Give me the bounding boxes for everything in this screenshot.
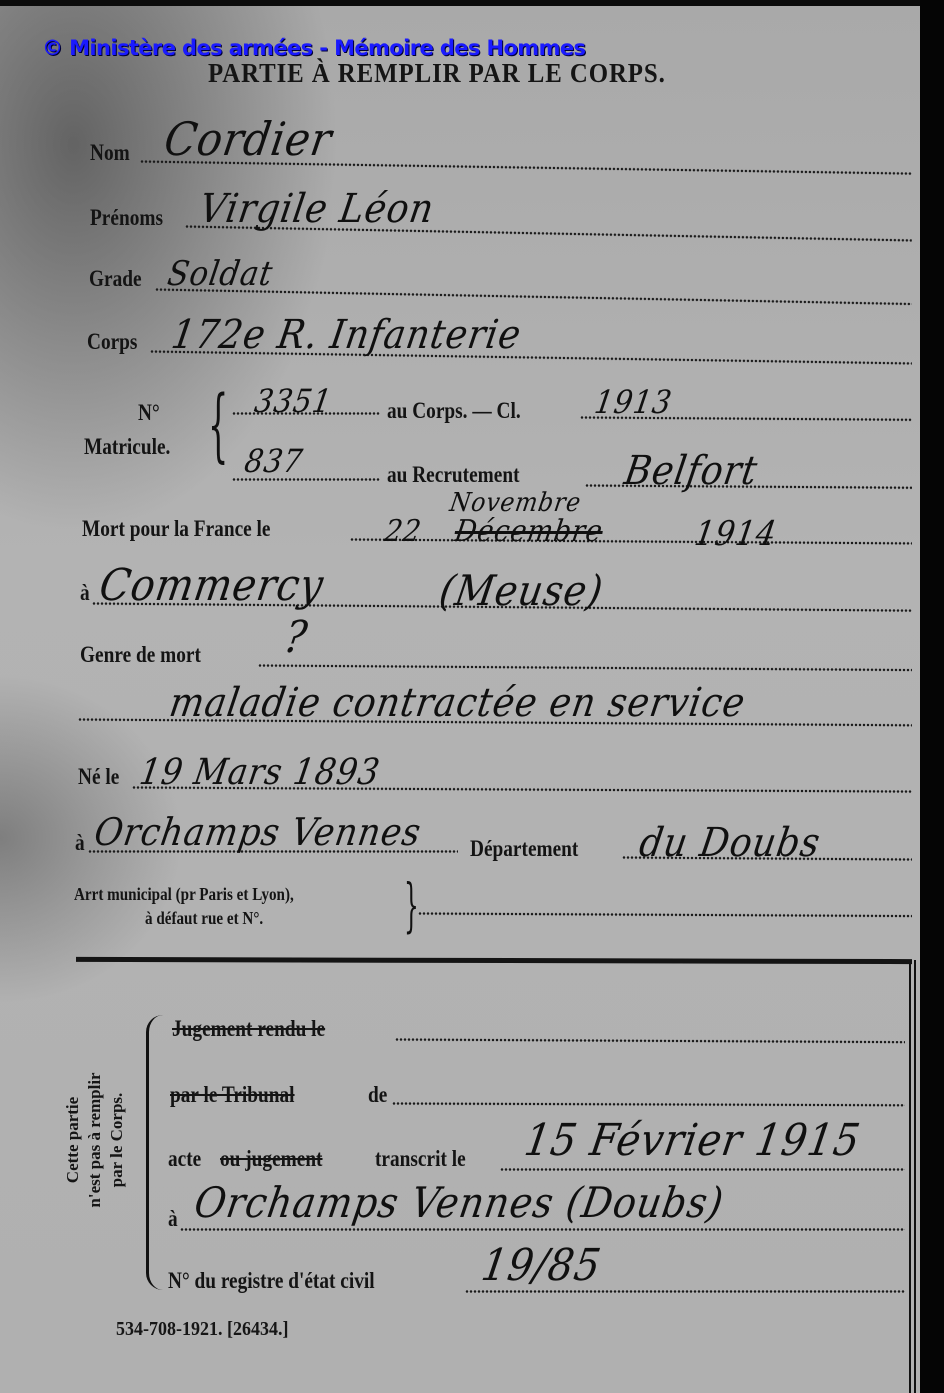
value-registre: 19/85 <box>478 1240 605 1291</box>
dotted-line <box>180 1228 905 1231</box>
value-corps-number: 3351 <box>252 382 335 420</box>
value-mort-day: 22 <box>382 514 424 549</box>
value-prenoms: Virgile Léon <box>196 186 437 232</box>
label-prenoms: Prénoms <box>90 205 163 231</box>
label-a-lieu-mort: à <box>80 580 90 606</box>
dotted-line <box>500 1168 905 1171</box>
brace: { <box>208 385 228 465</box>
value-grade: Soldat <box>165 254 276 294</box>
label-corps: Corps <box>87 329 137 355</box>
label-grade: Grade <box>89 266 142 292</box>
copyright-watermark: © Ministère des armées - Mémoire des Hom… <box>42 36 585 60</box>
label-nom: Nom <box>90 140 130 166</box>
label-transcrit: transcrit le <box>375 1146 466 1172</box>
scan-border <box>920 0 944 1393</box>
value-mort-year: 1914 <box>692 514 780 554</box>
label-departement: Département <box>470 836 578 862</box>
value-month-struck: Décembre <box>452 514 605 549</box>
form-heading: PARTIE À REMPLIR PAR LE CORPS. <box>208 58 666 89</box>
label-genre-mort: Genre de mort <box>80 642 201 668</box>
sheet-edge-line <box>909 960 911 1393</box>
label-matricule: Matricule. <box>84 434 170 460</box>
label-a-lieu-naissance: à <box>75 830 85 856</box>
label-a-transcription: à <box>168 1206 178 1232</box>
value-nom: Cordier <box>161 112 336 166</box>
label-au-corps: au Corps. — Cl. <box>387 398 521 424</box>
label-mort: Mort pour la France le <box>82 516 271 542</box>
label-de: de <box>368 1082 387 1108</box>
label-arrondissement-line2: à défaut rue et N°. <box>145 908 263 929</box>
label-arrondissement-line1: Arrt municipal (pr Paris et Lyon), <box>74 884 294 905</box>
value-lieu-mort-department: (Meuse) <box>436 566 607 615</box>
value-departement: du Doubs <box>636 820 823 866</box>
label-ou-jugement: ou jugement <box>220 1146 323 1172</box>
print-reference: 534-708-1921. [26434.] <box>116 1318 288 1341</box>
value-genre-mort: maladie contractée en service <box>166 680 748 726</box>
value-recrutement-number: 837 <box>242 442 306 480</box>
label-registre: N° du registre d'état civil <box>168 1268 375 1294</box>
label-acte: acte <box>168 1146 201 1172</box>
label-tribunal: par le Tribunal <box>170 1082 295 1108</box>
value-lieu-naissance: Orchamps Vennes <box>92 810 425 854</box>
label-no: N° <box>138 400 160 426</box>
value-lieu-mort: Commercy <box>96 560 327 611</box>
value-acte-date: 15 Février 1915 <box>521 1115 864 1166</box>
label-au-recrutement: au Recrutement <box>387 462 520 488</box>
value-lieu-transcription: Orchamps Vennes (Doubs) <box>191 1178 727 1227</box>
bracket <box>146 1015 163 1290</box>
value-recrutement: Belfort <box>621 448 761 494</box>
value-naissance: 19 Mars 1893 <box>137 752 383 793</box>
sheet-edge-line <box>914 960 916 1393</box>
value-classe: 1913 <box>592 383 675 421</box>
label-jugement: Jugement rendu le <box>172 1016 325 1042</box>
side-note: Cette partie n'est pas à remplir par le … <box>62 1020 128 1260</box>
brace: } <box>404 876 419 934</box>
label-ne-le: Né le <box>78 764 119 790</box>
value-corps: 172e R. Infanterie <box>168 312 524 358</box>
